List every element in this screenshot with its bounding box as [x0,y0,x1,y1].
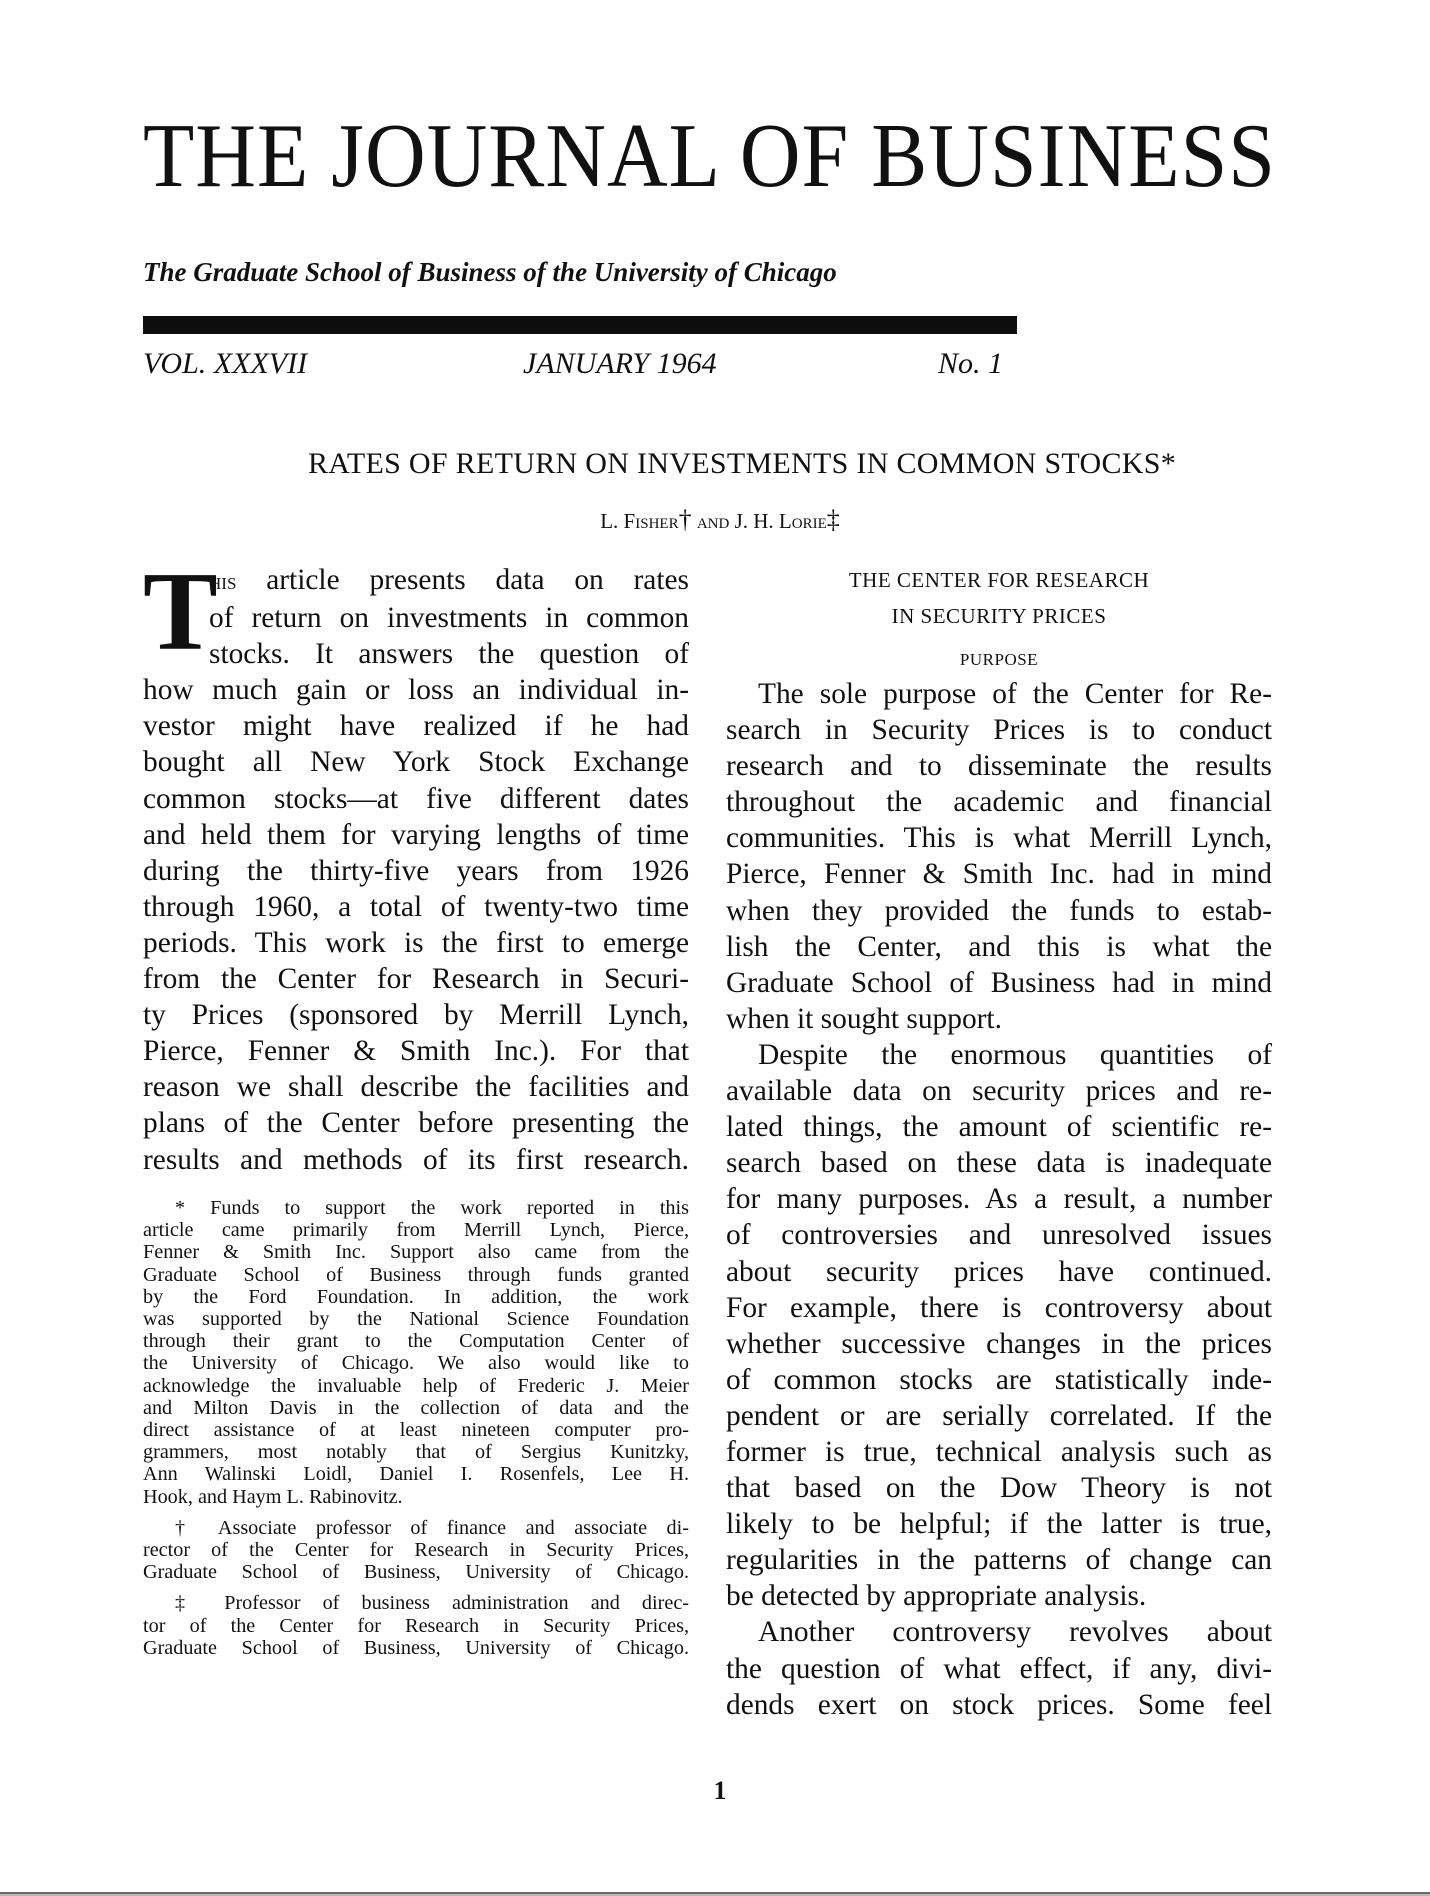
author-connector: and [697,509,730,533]
text-line: whether successive changes in the prices [726,1326,1272,1362]
article-title: RATES OF RETURN ON INVESTMENTS IN COMMON… [0,447,1430,481]
text-line: bought all New York Stock Exchange [143,744,689,780]
footnote-line: grammers, most notably that of Sergius K… [143,1441,689,1463]
text-line: plans of the Center before presenting th… [143,1105,689,1141]
footnote-line: Fenner & Smith Inc. Support also came fr… [143,1241,689,1263]
text-line: former is true, technical analysis such … [726,1434,1272,1470]
journal-title: THE JOURNAL OF BUSINESS [143,108,1273,205]
text-line: from the Center for Research in Securi- [143,961,689,997]
text-line: reason we shall describe the facilities … [143,1069,689,1105]
text-line: vestor might have realized if he had [143,708,689,744]
footnote-line: article came primarily from Merrill Lync… [143,1219,689,1241]
text-line: for many purposes. As a result, a number [726,1181,1272,1217]
author-lorie: J. H. Lorie [735,509,827,533]
masthead-rule [143,316,1017,334]
dagger-footnote-mark: † [679,505,692,534]
issue-number: No. 1 [938,347,1003,381]
footnote-line: * Funds to support the work reported in … [143,1197,689,1219]
page-bottom-edge [0,1892,1430,1896]
footnote-line: acknowledge the invaluable help of Frede… [143,1375,689,1397]
section-heading: THE CENTER FOR RESEARCH [726,562,1272,598]
text-line: when they provided the funds to estab- [726,893,1272,929]
text-line: during the thirty-five years from 1926 [143,853,689,889]
issue-date: JANUARY 1964 [523,347,717,381]
text-line: the question of what effect, if any, div… [726,1651,1272,1687]
footnote-line: the University of Chicago. We also would… [143,1352,689,1374]
footnote-line: rector of the Center for Research in Sec… [143,1539,689,1561]
text-line: results and methods of its first researc… [143,1142,689,1178]
footnote-dagger: † Associate professor of finance and ass… [143,1517,689,1584]
text-line: common stocks—at five different dates [143,781,689,817]
text-line: be detected by appropriate analysis. [726,1578,1272,1614]
right-column: THE CENTER FOR RESEARCH IN SECURITY PRIC… [726,562,1272,1723]
footnote-line: Ann Walinski Loidl, Daniel I. Rosenfels,… [143,1463,689,1485]
text-line: his article presents data on rates [143,562,689,600]
text-line: For example, there is controversy about [726,1290,1272,1326]
text-line: regularities in the patterns of change c… [726,1542,1272,1578]
section-heading: IN SECURITY PRICES [726,598,1272,634]
text-line: pendent or are serially correlated. If t… [726,1398,1272,1434]
text-line: search based on these data is inadequate [726,1145,1272,1181]
text-line: communities. This is what Merrill Lynch, [726,820,1272,856]
text-line: that based on the Dow Theory is not [726,1470,1272,1506]
text-line: lish the Center, and this is what the [726,929,1272,965]
footnote-line: and Milton Davis in the collection of da… [143,1397,689,1419]
journal-subtitle: The Graduate School of Business of the U… [143,257,837,288]
text-line: how much gain or loss an individual in- [143,672,689,708]
intro-paragraph: T his article presents data on rates of … [143,562,689,1178]
footnote-line: Hook, and Haym L. Rabinovitz. [143,1486,689,1508]
footnote-double-dagger: ‡ Professor of business administration a… [143,1592,689,1659]
footnote-line: was supported by the National Science Fo… [143,1308,689,1330]
text-line: research and to disseminate the results [726,748,1272,784]
footnote-asterisk: * Funds to support the work reported in … [143,1197,689,1508]
text-line: periods. This work is the first to emerg… [143,925,689,961]
footnote-line: Graduate School of Business, University … [143,1637,689,1659]
drop-cap: T [143,566,203,658]
text-line: throughout the academic and financial [726,784,1272,820]
text-line: Pierce, Fenner & Smith Inc.). For that [143,1033,689,1069]
footnote-line: ‡ Professor of business administration a… [143,1592,689,1614]
article-authors: L. Fisher† and J. H. Lorie‡ [0,505,1430,535]
paragraph: The sole purpose of the Center for Re- s… [726,676,1272,1037]
text-line: dends exert on stock prices. Some feel [726,1687,1272,1723]
text-line: of controversies and unresolved issues [726,1217,1272,1253]
footnote-line: tor of the Center for Research in Securi… [143,1615,689,1637]
paragraph: Another controversy revolves about the q… [726,1614,1272,1722]
text-line: ty Prices (sponsored by Merrill Lynch, [143,997,689,1033]
text-line: of common stocks are statistically inde- [726,1362,1272,1398]
text-line: search in Security Prices is to conduct [726,712,1272,748]
double-dagger-footnote-mark: ‡ [827,505,840,534]
footnote-line: Graduate School of Business, University … [143,1561,689,1583]
volume-label: VOL. XXXVII [143,347,307,381]
text-line: available data on security prices and re… [726,1073,1272,1109]
footnotes: * Funds to support the work reported in … [143,1197,689,1668]
text-line: The sole purpose of the Center for Re- [726,676,1272,712]
text-line: Pierce, Fenner & Smith Inc. had in mind [726,856,1272,892]
author-fisher: L. Fisher [600,509,678,533]
text-line: and held them for varying lengths of tim… [143,817,689,853]
text-line: through 1960, a total of twenty-two time [143,889,689,925]
subsection-heading: PURPOSE [726,646,1272,674]
text-line: likely to be helpful; if the latter is t… [726,1506,1272,1542]
text-line: Despite the enormous quantities of [726,1037,1272,1073]
text-line: of return on investments in common [143,600,689,636]
journal-page: THE JOURNAL OF BUSINESS The Graduate Sch… [0,0,1430,1892]
footnote-line: † Associate professor of finance and ass… [143,1517,689,1539]
text-line: about security prices have continued. [726,1254,1272,1290]
left-column: T his article presents data on rates of … [143,562,689,1178]
footnote-line: Graduate School of Business through fund… [143,1264,689,1286]
text-line: Another controversy revolves about [726,1614,1272,1650]
text-line: when it sought support. [726,1001,1272,1037]
paragraph: Despite the enormous quantities of avail… [726,1037,1272,1615]
text-line: lated things, the amount of scientific r… [726,1109,1272,1145]
text-line: Graduate School of Business had in mind [726,965,1272,1001]
page-number: 1 [0,1776,1430,1806]
footnote-line: by the Ford Foundation. In addition, the… [143,1286,689,1308]
footnote-line: direct assistance of at least nineteen c… [143,1419,689,1441]
footnote-line: through their grant to the Computation C… [143,1330,689,1352]
text-line: stocks. It answers the question of [143,636,689,672]
